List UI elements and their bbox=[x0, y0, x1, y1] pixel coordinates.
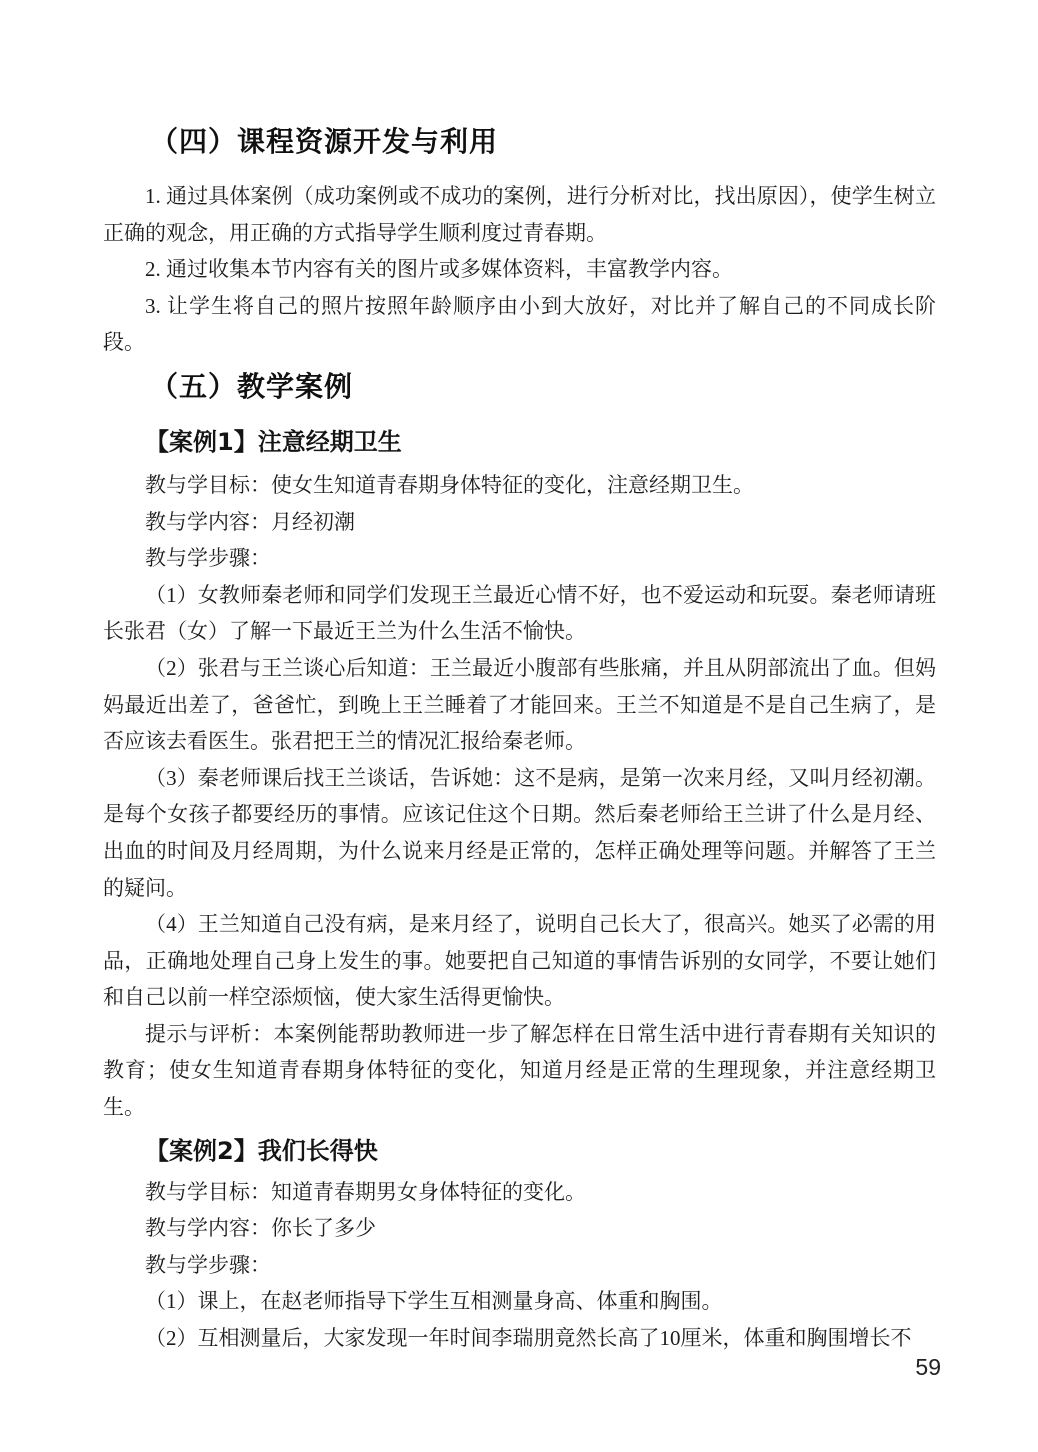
section5-heading: （五）教学案例 bbox=[103, 371, 936, 405]
case2-goal: 教与学目标：知道青春期男女身体特征的变化。 bbox=[103, 1174, 936, 1211]
page-number: 59 bbox=[915, 1354, 941, 1381]
case1-step-3: （3）秦老师课后找王兰谈话，告诉她：这不是病，是第一次来月经，又叫月经初潮。是每… bbox=[103, 760, 936, 906]
case1-step-1: （1）女教师秦老师和同学们发现王兰最近心情不好，也不爱运动和玩耍。秦老师请班长张… bbox=[103, 577, 936, 650]
section4-paragraph-1: 1. 通过具体案例（成功案例或不成功的案例，进行分析对比，找出原因），使学生树立… bbox=[103, 178, 936, 251]
case2-content: 教与学内容：你长了多少 bbox=[103, 1210, 936, 1247]
case2-step-1: （1）课上，在赵老师指导下学生互相测量身高、体重和胸围。 bbox=[103, 1283, 936, 1320]
case1-heading: 【案例1】注意经期卫生 bbox=[103, 427, 936, 457]
case1-goal: 教与学目标：使女生知道青春期身体特征的变化，注意经期卫生。 bbox=[103, 467, 936, 504]
case1-step-4: （4）王兰知道自己没有病，是来月经了，说明自己长大了，很高兴。她买了必需的用品，… bbox=[103, 906, 936, 1016]
page-content: （四）课程资源开发与利用 1. 通过具体案例（成功案例或不成功的案例，进行分析对… bbox=[103, 0, 936, 1357]
case1-review: 提示与评析：本案例能帮助教师进一步了解怎样在日常生活中进行青春期有关知识的教育；… bbox=[103, 1016, 936, 1126]
case2-steps-label: 教与学步骤： bbox=[103, 1247, 936, 1284]
section4-paragraph-2: 2. 通过收集本节内容有关的图片或多媒体资料，丰富教学内容。 bbox=[103, 251, 936, 288]
case2-step-2: （2）互相测量后，大家发现一年时间李瑞朋竟然长高了10厘米，体重和胸围增长不 bbox=[103, 1320, 936, 1357]
section4-heading: （四）课程资源开发与利用 bbox=[103, 126, 936, 160]
document-page: （四）课程资源开发与利用 1. 通过具体案例（成功案例或不成功的案例，进行分析对… bbox=[0, 0, 1038, 1452]
section4-paragraph-3: 3. 让学生将自己的照片按照年龄顺序由小到大放好，对比并了解自己的不同成长阶段。 bbox=[103, 288, 936, 361]
case1-step-2: （2）张君与王兰谈心后知道：王兰最近小腹部有些胀痛，并且从阴部流出了血。但妈妈最… bbox=[103, 650, 936, 760]
case1-steps-label: 教与学步骤： bbox=[103, 540, 936, 577]
case1-content: 教与学内容：月经初潮 bbox=[103, 504, 936, 541]
case2-heading: 【案例2】我们长得快 bbox=[103, 1136, 936, 1166]
